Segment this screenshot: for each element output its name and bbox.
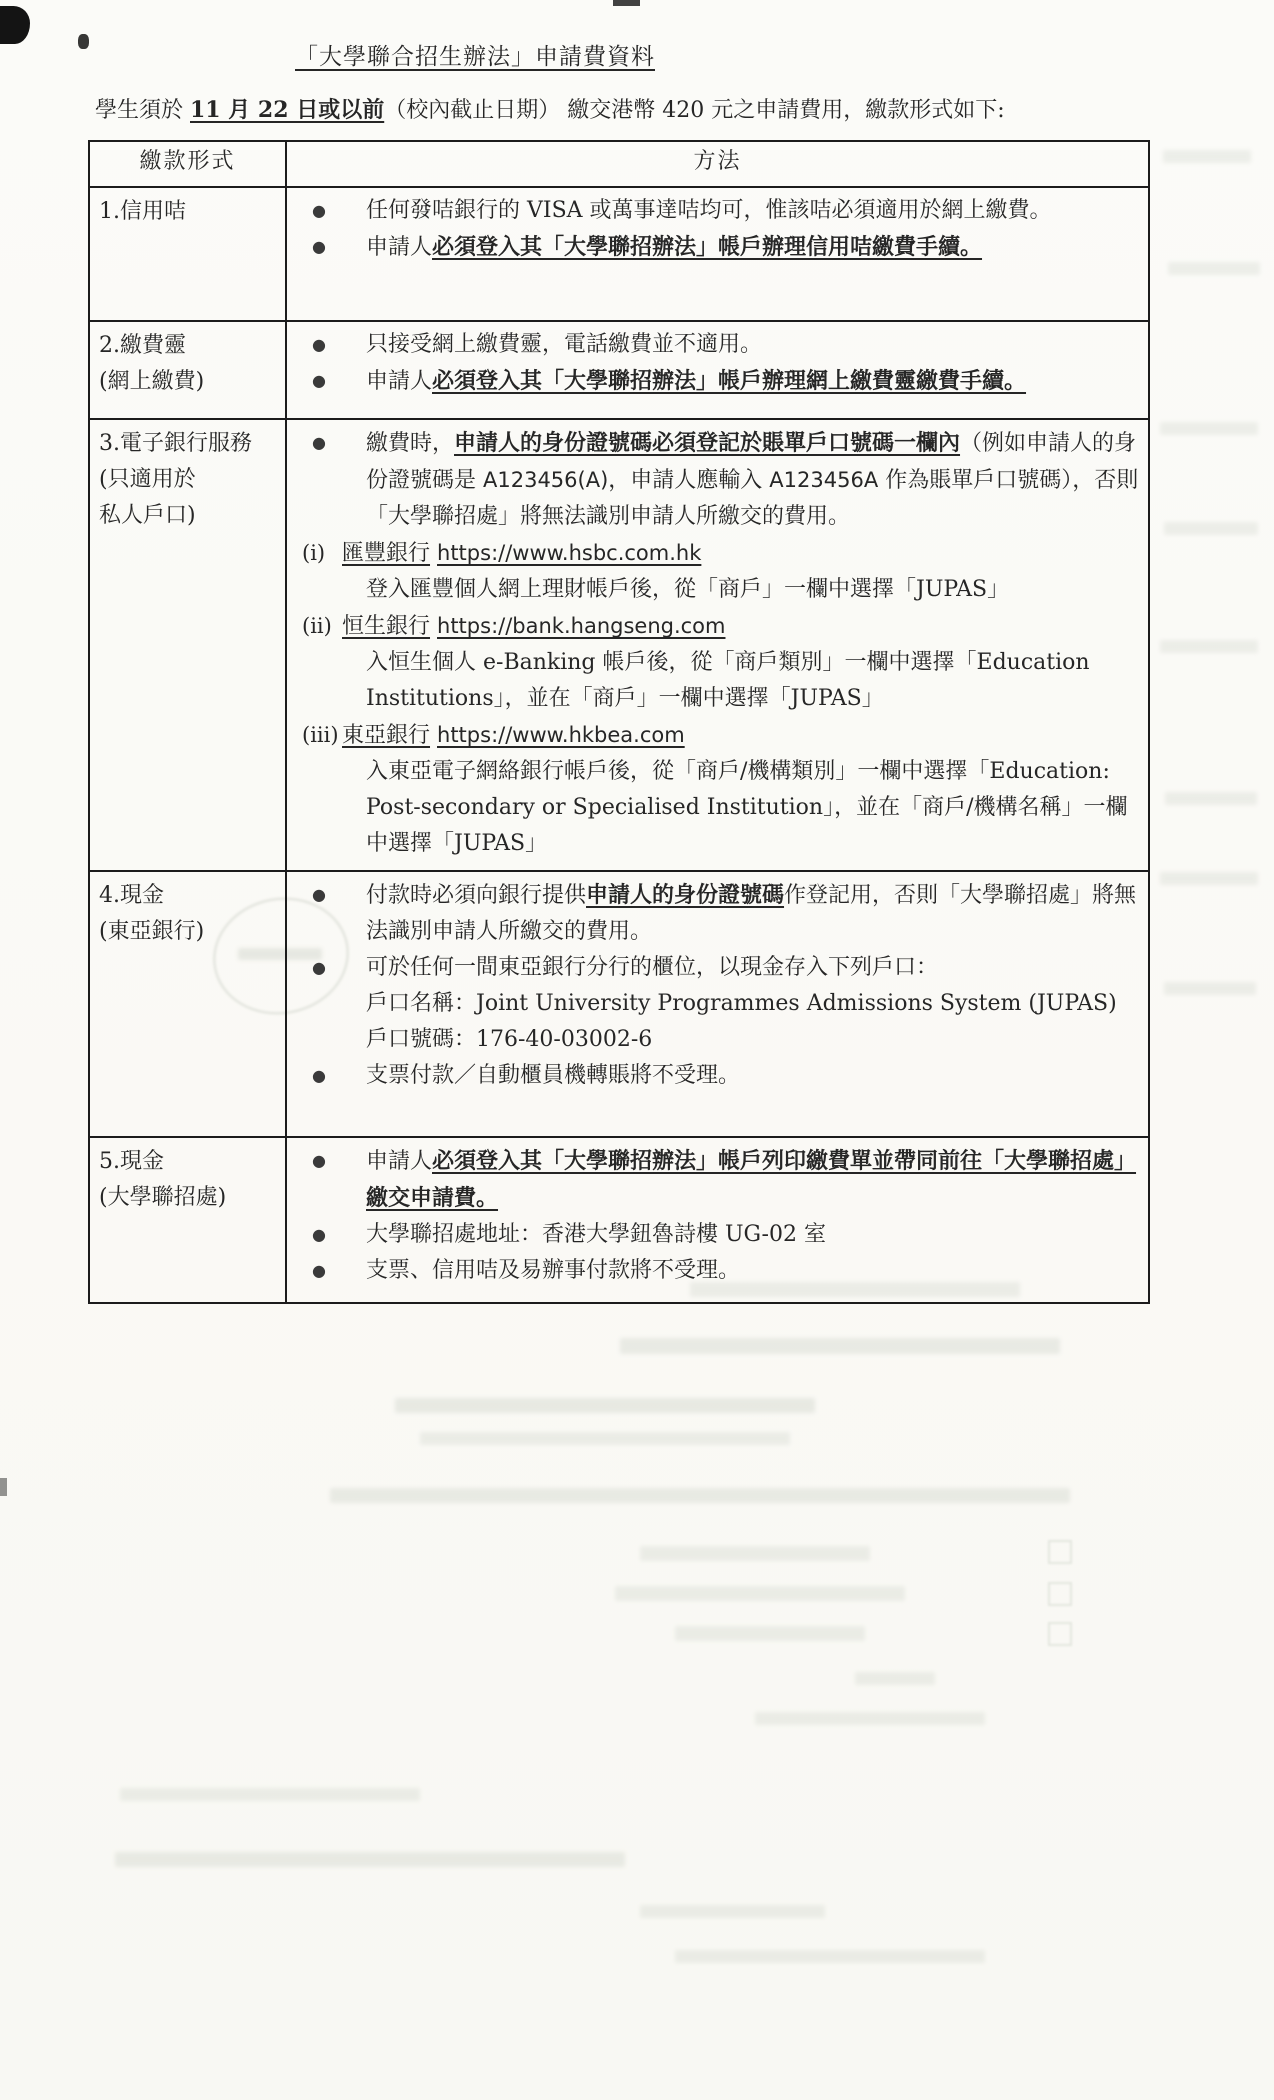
bullet-icon: ● (296, 1253, 366, 1289)
method-text: 大學聯招處地址：香港大學鈕魯詩樓 UG-02 室 (366, 1217, 1142, 1253)
show-through-ghost (1165, 792, 1257, 805)
bank-option-item: (i)匯豐銀行 https://www.hsbc.com.hk (296, 535, 1142, 572)
roman-numeral-marker: (i) (296, 535, 342, 571)
column-header-method: 方法 (286, 141, 1149, 187)
bullet-icon: ● (296, 193, 366, 229)
text-segment: A123456(A) (483, 468, 608, 492)
show-through-ghost (1163, 150, 1251, 163)
show-through-ghost (1168, 262, 1260, 275)
show-through-ghost (675, 1626, 865, 1641)
method-bullet-item: ●任何發咭銀行的 VISA 或萬事達咭均可，惟該咭必須適用於網上繳費。 (296, 193, 1142, 229)
show-through-ghost (620, 1338, 1060, 1354)
method-continuation-line: 戶口名稱：Joint University Programmes Admissi… (296, 986, 1142, 1022)
text-segment: ，申請人應輸入 (608, 468, 769, 493)
show-through-ghost (330, 1488, 1070, 1503)
method-text: 只接受網上繳費靈，電話繳費並不適用。 (366, 327, 1142, 363)
payment-form-cell: 4.現金(東亞銀行) (89, 871, 286, 1137)
show-through-ghost (1164, 982, 1256, 995)
text-segment: 登入匯豐個人網上理財帳戶後，從「商戶」一欄中選擇「JUPAS」 (366, 577, 1009, 602)
bullet-icon: ● (296, 1143, 366, 1179)
text-segment (430, 541, 437, 566)
scan-artifact-edge (0, 1478, 7, 1496)
method-text: 支票、信用咭及易辦事付款將不受理。 (366, 1253, 1142, 1289)
table-row: 1.信用咭●任何發咭銀行的 VISA 或萬事達咭均可，惟該咭必須適用於網上繳費。… (89, 187, 1149, 321)
text-segment: https://bank.hangseng.com (437, 614, 725, 638)
table-row: 3.電子銀行服務(只適用於私人戶口)●繳費時，申請人的身份證號碼必須登記於賬單戶… (89, 419, 1149, 871)
method-text: 匯豐銀行 https://www.hsbc.com.hk (342, 535, 1142, 572)
text-segment: 支票付款／自動櫃員機轉賬將不受理。 (366, 1063, 740, 1088)
payment-form-line: (網上繳費) (99, 364, 279, 400)
bullet-icon: ● (296, 229, 366, 265)
show-through-ghost (420, 1432, 790, 1445)
text-segment: 支票、信用咭及易辦事付款將不受理。 (366, 1258, 740, 1283)
method-text: 東亞銀行 https://www.hkbea.com (342, 717, 1142, 754)
method-text: 戶口名稱：Joint University Programmes Admissi… (366, 986, 1142, 1022)
payment-form-cell: 1.信用咭 (89, 187, 286, 321)
method-cell: ●申請人必須登入其「大學聯招辦法」帳戶列印繳費單並帶同前往「大學聯招處」繳交申請… (286, 1137, 1149, 1303)
text-segment: 申請人 (366, 1149, 432, 1174)
text-segment: 繳費時， (366, 431, 454, 456)
method-continuation-line: 戶口號碼：176-40-03002-6 (296, 1022, 1142, 1058)
bullet-icon: ● (296, 425, 366, 461)
payment-form-cell: 5.現金(大學聯招處) (89, 1137, 286, 1303)
text-segment: 付款時必須向銀行提供 (366, 883, 586, 908)
bullet-icon: ● (296, 1217, 366, 1253)
method-text: 可於任何一間東亞銀行分行的櫃位，以現金存入下列戶口： (366, 950, 1142, 986)
column-header-payment-form: 繳款形式 (89, 141, 286, 187)
method-bullet-item: ●申請人必須登入其「大學聯招辦法」帳戶列印繳費單並帶同前往「大學聯招處」繳交申請… (296, 1143, 1142, 1217)
method-text: 任何發咭銀行的 VISA 或萬事達咭均可，惟該咭必須適用於網上繳費。 (366, 193, 1142, 229)
text-segment: 申請人的身份證號碼 (586, 882, 784, 908)
method-text: 付款時必須向銀行提供申請人的身份證號碼作登記用，否則「大學聯招處」將無法識別申請… (366, 877, 1142, 950)
show-through-ghost (1160, 422, 1258, 435)
payment-form-line: 私人戶口) (99, 498, 279, 534)
payment-form-cell: 2.繳費靈(網上繳費) (89, 321, 286, 419)
method-bullet-item: ●申請人必須登入其「大學聯招辦法」帳戶辦理信用咭繳費手續。 (296, 229, 1142, 266)
show-through-ghost (675, 1950, 985, 1963)
table-row: 2.繳費靈(網上繳費)●只接受網上繳費靈，電話繳費並不適用。●申請人必須登入其「… (89, 321, 1149, 419)
show-through-checkbox-ghost (1048, 1582, 1072, 1606)
payment-form-line: (只適用於 (99, 462, 279, 498)
payment-form-line: 3.電子銀行服務 (99, 426, 279, 462)
show-through-ghost (115, 1852, 625, 1867)
method-bullet-item: ●付款時必須向銀行提供申請人的身份證號碼作登記用，否則「大學聯招處」將無法識別申… (296, 877, 1142, 950)
payment-form-line: (東亞銀行) (99, 914, 279, 950)
payment-form-cell: 3.電子銀行服務(只適用於私人戶口) (89, 419, 286, 871)
method-bullet-item: ●繳費時，申請人的身份證號碼必須登記於賬單戶口號碼一欄內（例如申請人的身份證號碼… (296, 425, 1142, 535)
intro-line: 學生須於 11 月 22 日或以前（校內截止日期） 繳交港幣 420 元之申請費… (95, 94, 1195, 127)
method-text: 恒生銀行 https://bank.hangseng.com (342, 608, 1142, 645)
text-segment: 入東亞電子網絡銀行帳戶後，從「商戶/機構類別」一欄中選擇「Education: … (366, 759, 1128, 856)
text-segment: 恒生銀行 (342, 614, 430, 639)
payment-form-line: 5.現金 (99, 1144, 279, 1180)
text-segment: 戶口號碼：176-40-03002-6 (366, 1027, 652, 1052)
document-title-text: 「大學聯合招生辦法」申請費資料 (295, 44, 655, 70)
show-through-checkbox-ghost (1048, 1540, 1072, 1564)
intro-suffix: （校內截止日期） 繳交港幣 420 元之申請費用，繳款形式如下: (384, 98, 1004, 123)
text-segment: 任何發咭銀行的 VISA 或萬事達咭均可，惟該咭必須適用於網上繳費。 (366, 198, 1052, 223)
table-row: 4.現金(東亞銀行)●付款時必須向銀行提供申請人的身份證號碼作登記用，否則「大學… (89, 871, 1149, 1137)
table-row: 5.現金(大學聯招處)●申請人必須登入其「大學聯招辦法」帳戶列印繳費單並帶同前往… (89, 1137, 1149, 1303)
bank-option-item: (iii)東亞銀行 https://www.hkbea.com (296, 717, 1142, 754)
text-segment: https://www.hsbc.com.hk (437, 541, 701, 565)
method-cell: ●只接受網上繳費靈，電話繳費並不適用。●申請人必須登入其「大學聯招辦法」帳戶辦理… (286, 321, 1149, 419)
roman-numeral-marker: (iii) (296, 717, 342, 753)
payment-methods-table: 繳款形式 方法 1.信用咭●任何發咭銀行的 VISA 或萬事達咭均可，惟該咭必須… (88, 140, 1150, 1304)
payment-form-line: (大學聯招處) (99, 1180, 279, 1216)
text-segment: 申請人的身份證號碼必須登記於賬單戶口號碼一欄內 (454, 430, 960, 456)
intro-prefix: 學生須於 (95, 98, 190, 123)
method-text: 入東亞電子網絡銀行帳戶後，從「商戶/機構類別」一欄中選擇「Education: … (366, 754, 1142, 862)
text-segment: A123456A (769, 468, 878, 492)
show-through-ghost (1164, 522, 1258, 535)
bullet-icon: ● (296, 1058, 366, 1094)
method-bullet-item: ●只接受網上繳費靈，電話繳費並不適用。 (296, 327, 1142, 363)
show-through-ghost (1160, 640, 1258, 653)
show-through-ghost (615, 1586, 905, 1601)
text-segment: 必須登入其「大學聯招辦法」帳戶列印繳費單並帶同前往「大學聯招處」繳交申請費。 (366, 1148, 1136, 1211)
method-bullet-item: ●支票、信用咭及易辦事付款將不受理。 (296, 1253, 1142, 1289)
show-through-checkbox-ghost (1048, 1622, 1072, 1646)
text-segment: 大學聯招處地址：香港大學鈕魯詩樓 UG-02 室 (366, 1222, 826, 1247)
bullet-icon: ● (296, 327, 366, 363)
show-through-ghost (1160, 872, 1258, 885)
method-cell: ●付款時必須向銀行提供申請人的身份證號碼作登記用，否則「大學聯招處」將無法識別申… (286, 871, 1149, 1137)
show-through-ghost (640, 1546, 870, 1561)
text-segment: 申請人 (366, 369, 432, 394)
show-through-ghost (755, 1712, 985, 1725)
method-continuation-line: 入恒生個人 e-Banking 帳戶後，從「商戶類別」一欄中選擇「Educati… (296, 645, 1142, 717)
method-bullet-item: ●申請人必須登入其「大學聯招辦法」帳戶辦理網上繳費靈繳費手續。 (296, 363, 1142, 400)
document-title: 「大學聯合招生辦法」申請費資料 (0, 38, 950, 71)
table-header-row: 繳款形式 方法 (89, 141, 1149, 187)
bullet-icon: ● (296, 950, 366, 986)
bullet-icon: ● (296, 877, 366, 913)
bullet-icon: ● (296, 363, 366, 399)
roman-numeral-marker: (ii) (296, 608, 342, 644)
method-continuation-line: 入東亞電子網絡銀行帳戶後，從「商戶/機構類別」一欄中選擇「Education: … (296, 754, 1142, 862)
intro-deadline: 11 月 22 日或以前 (190, 97, 384, 123)
payment-form-line: 4.現金 (99, 878, 279, 914)
method-cell: ●繳費時，申請人的身份證號碼必須登記於賬單戶口號碼一欄內（例如申請人的身份證號碼… (286, 419, 1149, 871)
show-through-ghost (395, 1398, 815, 1413)
text-segment: 可於任何一間東亞銀行分行的櫃位，以現金存入下列戶口： (366, 955, 938, 980)
method-text: 支票付款／自動櫃員機轉賬將不受理。 (366, 1058, 1142, 1094)
method-text: 申請人必須登入其「大學聯招辦法」帳戶辦理網上繳費靈繳費手續。 (366, 363, 1142, 400)
text-segment: 必須登入其「大學聯招辦法」帳戶辦理網上繳費靈繳費手續。 (432, 368, 1026, 394)
method-bullet-item: ●可於任何一間東亞銀行分行的櫃位，以現金存入下列戶口： (296, 950, 1142, 986)
text-segment: 必須登入其「大學聯招辦法」帳戶辦理信用咭繳費手續。 (432, 234, 982, 260)
method-text: 入恒生個人 e-Banking 帳戶後，從「商戶類別」一欄中選擇「Educati… (366, 645, 1142, 717)
text-segment: 入恒生個人 e-Banking 帳戶後，從「商戶類別」一欄中選擇「Educati… (366, 650, 1090, 711)
text-segment: https://www.hkbea.com (437, 723, 685, 747)
text-segment: 匯豐銀行 (342, 541, 430, 566)
text-segment: 戶口名稱：Joint University Programmes Admissi… (366, 991, 1117, 1016)
method-text: 繳費時，申請人的身份證號碼必須登記於賬單戶口號碼一欄內（例如申請人的身份證號碼是… (366, 425, 1142, 535)
payment-form-line: 2.繳費靈 (99, 328, 279, 364)
method-cell: ●任何發咭銀行的 VISA 或萬事達咭均可，惟該咭必須適用於網上繳費。●申請人必… (286, 187, 1149, 321)
bank-option-item: (ii)恒生銀行 https://bank.hangseng.com (296, 608, 1142, 645)
show-through-ghost (120, 1788, 420, 1801)
method-bullet-item: ●大學聯招處地址：香港大學鈕魯詩樓 UG-02 室 (296, 1217, 1142, 1253)
method-text: 申請人必須登入其「大學聯招辦法」帳戶辦理信用咭繳費手續。 (366, 229, 1142, 266)
method-text: 申請人必須登入其「大學聯招辦法」帳戶列印繳費單並帶同前往「大學聯招處」繳交申請費… (366, 1143, 1142, 1217)
method-continuation-line: 登入匯豐個人網上理財帳戶後，從「商戶」一欄中選擇「JUPAS」 (296, 572, 1142, 608)
method-text: 戶口號碼：176-40-03002-6 (366, 1022, 1142, 1058)
payment-form-line: 1.信用咭 (99, 194, 279, 230)
method-text: 登入匯豐個人網上理財帳戶後，從「商戶」一欄中選擇「JUPAS」 (366, 572, 1142, 608)
text-segment: 東亞銀行 (342, 723, 430, 748)
method-bullet-item: ●支票付款／自動櫃員機轉賬將不受理。 (296, 1058, 1142, 1094)
show-through-ghost (855, 1672, 935, 1685)
text-segment: 只接受網上繳費靈，電話繳費並不適用。 (366, 332, 762, 357)
text-segment (430, 723, 437, 748)
scan-artifact-top-tick (613, 0, 640, 6)
text-segment: 申請人 (366, 235, 432, 260)
scanned-document-page: 「大學聯合招生辦法」申請費資料 學生須於 11 月 22 日或以前（校內截止日期… (0, 0, 1274, 2100)
show-through-ghost (640, 1905, 825, 1918)
text-segment (430, 614, 437, 639)
